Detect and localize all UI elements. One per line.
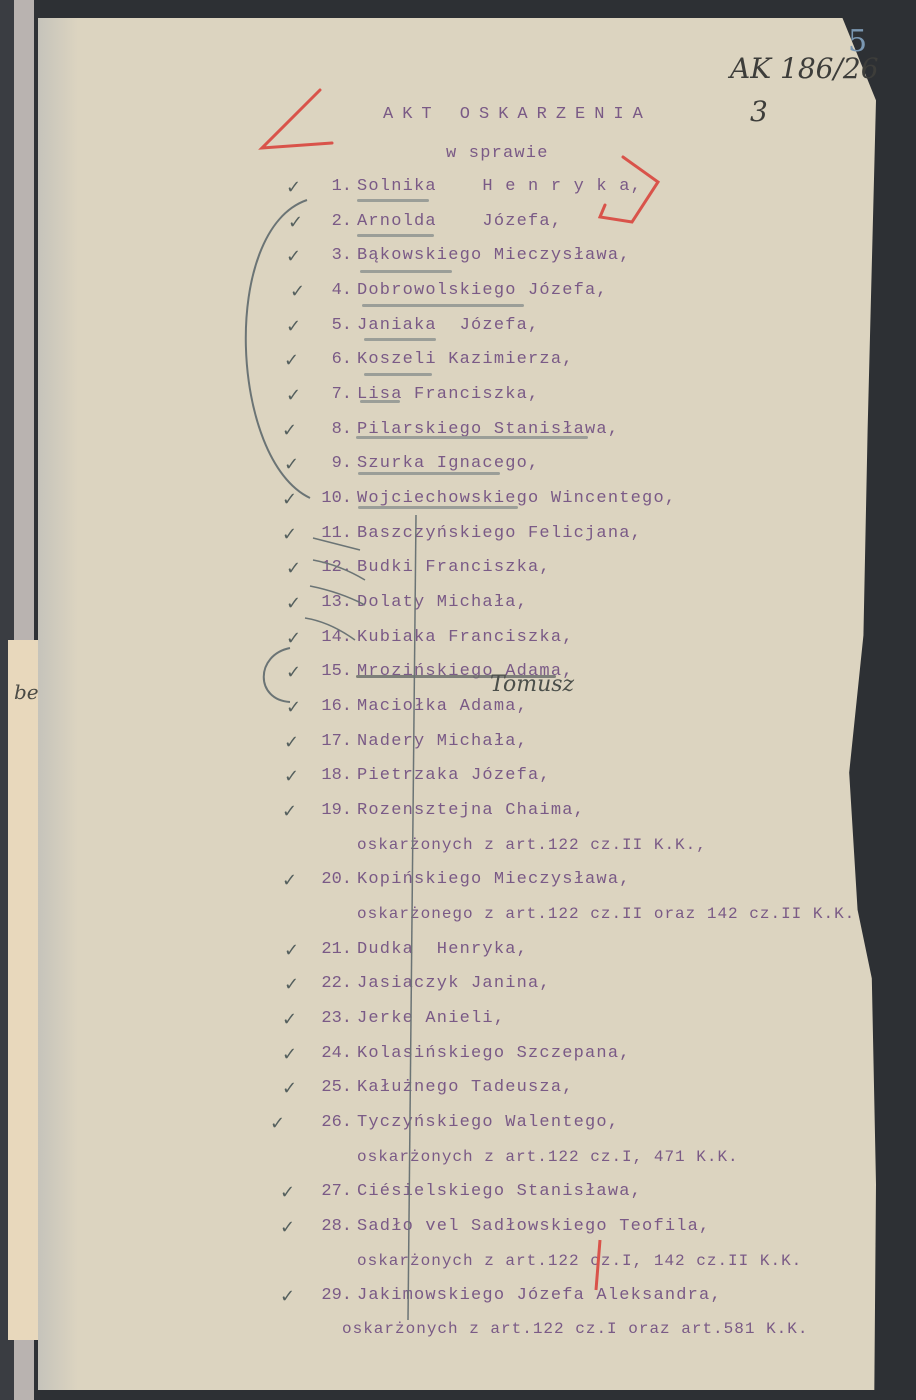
pencil-vertical-line [408,515,416,1320]
red-mark-icon [596,1240,600,1290]
pencil-bracket-icon [246,200,310,498]
hand-markings [0,0,916,1400]
pencil-bracket-icon [264,648,290,702]
red-bracket-icon [262,90,332,148]
red-bracket-icon [600,157,658,222]
